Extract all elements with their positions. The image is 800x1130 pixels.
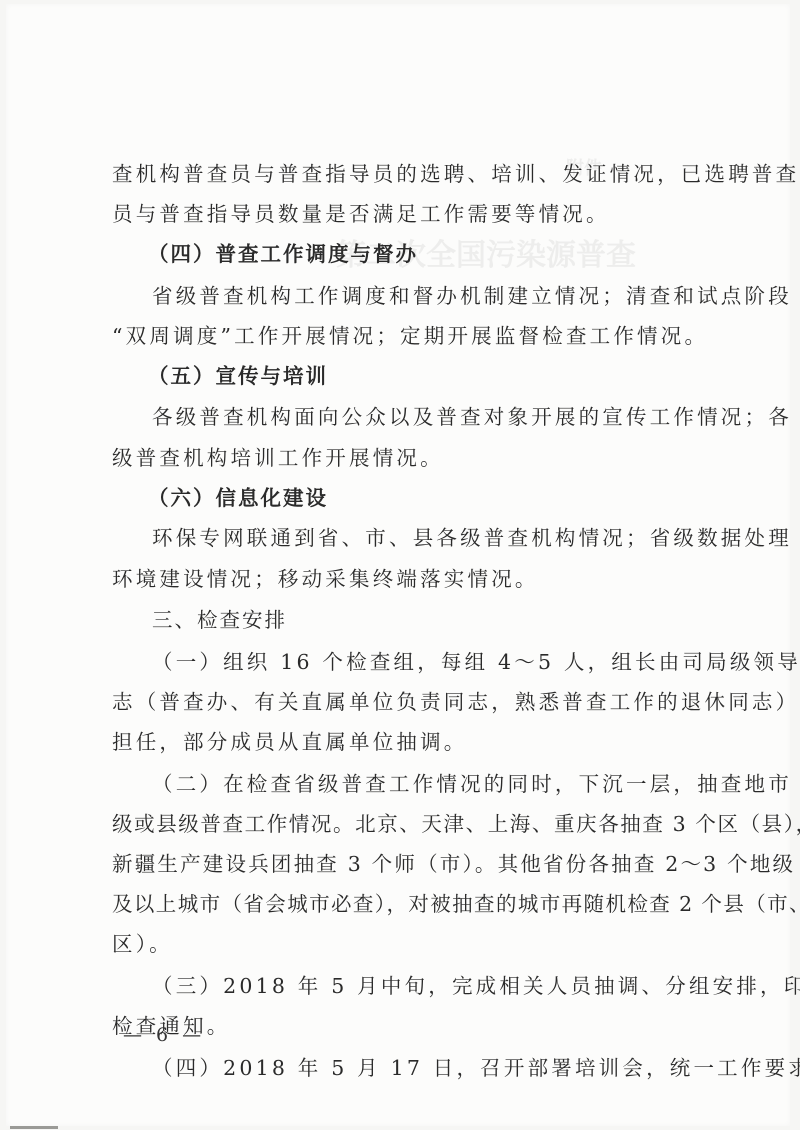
body-line: （一）组织 16 个检查组，每组 4～5 人，组长由司局级领导同 — [112, 642, 742, 682]
body-line: （三）2018 年 5 月中旬，完成相关人员抽调、分组安排，印发 — [112, 966, 742, 1006]
document-page: 附件 第二次全国污染源普查 查机构普查员与普查指导员的选聘、培训、发证情况，已选… — [6, 4, 790, 1126]
body-line: 各级普查机构面向公众以及普查对象开展的宣传工作情况；各 — [112, 397, 742, 437]
body-line: 志（普查办、有关直属单位负责同志，熟悉普查工作的退休同志） — [112, 682, 702, 722]
body-line: 环保专网联通到省、市、县各级普查机构情况；省级数据处理 — [112, 518, 742, 558]
section-heading-3: 三、检查安排 — [112, 600, 742, 640]
body-line: 省级普查机构工作调度和督办机制建立情况；清查和试点阶段 — [112, 276, 742, 316]
subsection-heading-6: （六）信息化建设 — [112, 478, 738, 518]
scan-edge-mark — [10, 1126, 58, 1129]
subsection-heading-4: （四）普查工作调度与督办 — [112, 234, 738, 274]
body-line: 新疆生产建设兵团抽查 3 个师（市）。其他省份各抽查 2～3 个地级 — [112, 844, 702, 884]
body-line: （四）2018 年 5 月 17 日，召开部署培训会，统一工作要求。 — [112, 1048, 742, 1088]
body-line: 员与普查指导员数量是否满足工作需要等情况。 — [112, 194, 702, 234]
body-line: 及以上城市（省会城市必查），对被抽查的城市再随机检查 2 个县（市、 — [112, 884, 702, 924]
page-number: — 6 — — [123, 1024, 205, 1046]
body-line: “双周调度”工作开展情况；定期开展监督检查工作情况。 — [112, 316, 702, 356]
body-line: 担任，部分成员从直属单位抽调。 — [112, 722, 702, 762]
body-line: 环境建设情况；移动采集终端落实情况。 — [112, 559, 702, 599]
body-line: （二）在检查省级普查工作情况的同时，下沉一层，抽查地市 — [112, 764, 742, 804]
body-line: 查机构普查员与普查指导员的选聘、培训、发证情况，已选聘普查 — [112, 154, 702, 194]
body-line: 区）。 — [112, 924, 702, 964]
subsection-heading-5: （五）宣传与培训 — [112, 356, 738, 396]
body-line: 级普查机构培训工作开展情况。 — [112, 438, 702, 478]
body-line: 级或县级普查工作情况。北京、天津、上海、重庆各抽查 3 个区（县）， — [112, 804, 702, 844]
